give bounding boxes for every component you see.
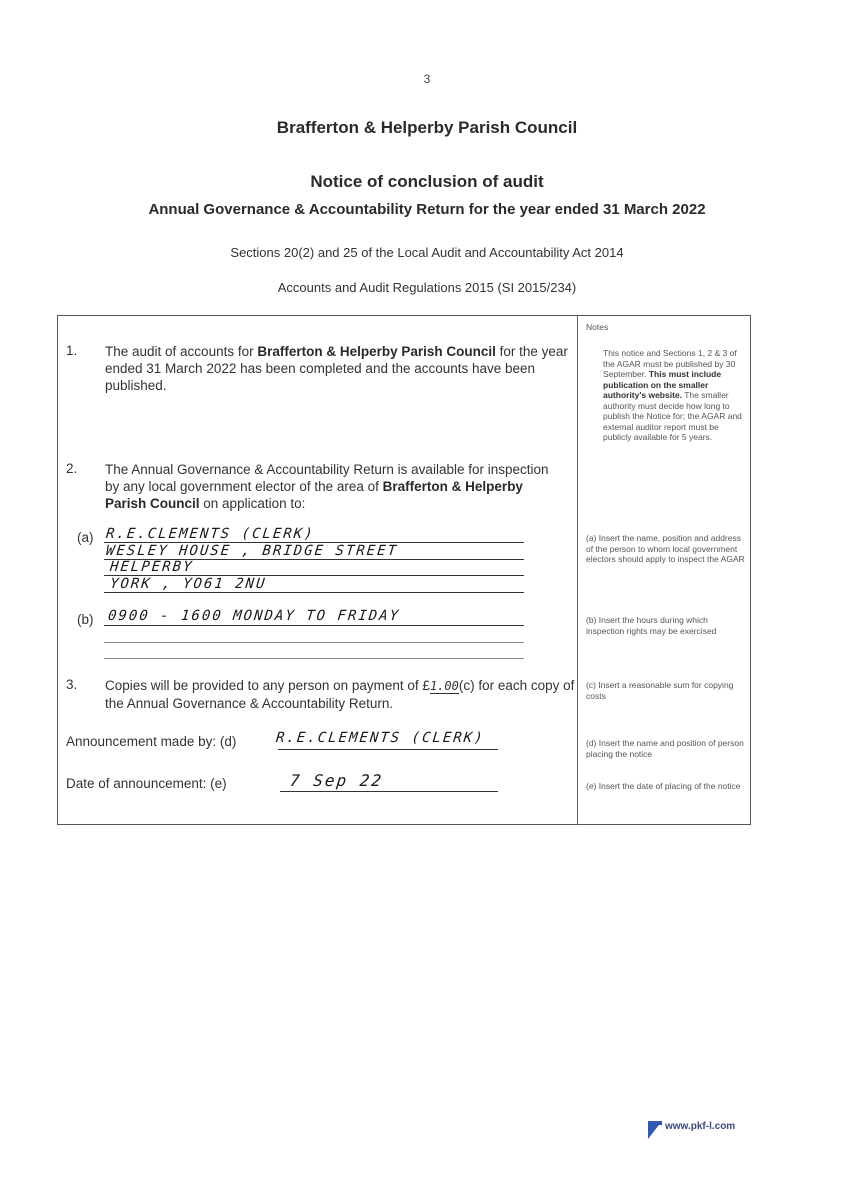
legislation-regulations: Accounts and Audit Regulations 2015 (SI … <box>0 280 854 295</box>
page-number: 3 <box>0 72 854 86</box>
item-3-number: 3. <box>66 677 77 692</box>
note-e: (e) Insert the date of placing of the no… <box>586 781 746 792</box>
announcement-value[interactable]: R.E.CLEMENTS (CLERK) <box>275 730 485 746</box>
note-d: (d) Insert the name and position of pers… <box>586 738 746 759</box>
notes-heading: Notes <box>586 322 608 333</box>
copy-fee-amount[interactable]: 1.00 <box>430 679 459 694</box>
item-1-text-start: The audit of accounts for <box>105 344 257 359</box>
announcement-label: Announcement made by: (d) <box>66 734 236 749</box>
field-b-underline-3[interactable] <box>104 658 524 659</box>
note-c: (c) Insert a reasonable sum for copying … <box>586 680 746 701</box>
date-value[interactable]: 7 Sep 22 <box>289 771 384 790</box>
field-a-label: (a) <box>77 530 94 545</box>
item-3-text-start: Copies will be provided to any person on… <box>105 678 430 693</box>
item-2-number: 2. <box>66 461 77 476</box>
pkf-url[interactable]: www.pkf-l.com <box>665 1121 735 1132</box>
council-title: Brafferton & Helperby Parish Council <box>0 118 854 138</box>
announcement-underline <box>278 749 498 750</box>
item-1-council-name: Brafferton & Helperby Parish Council <box>257 344 496 359</box>
item-1-number: 1. <box>66 343 77 358</box>
date-underline <box>280 791 498 792</box>
field-b-underline-2[interactable] <box>104 642 524 643</box>
field-a-line-2[interactable]: WESLEY HOUSE , BRIDGE STREET <box>105 543 399 559</box>
field-b-underline-1 <box>104 625 524 626</box>
item-2-text: The Annual Governance & Accountability R… <box>105 461 565 512</box>
legislation-sections: Sections 20(2) and 25 of the Local Audit… <box>0 245 854 260</box>
notes-intro: This notice and Sections 1, 2 & 3 of the… <box>603 348 745 443</box>
field-a-line-3[interactable]: HELPERBY <box>109 559 194 575</box>
notes-column-divider <box>577 315 578 825</box>
note-b: (b) Insert the hours during which inspec… <box>586 615 746 636</box>
date-label: Date of announcement: (e) <box>66 776 227 791</box>
note-a: (a) Insert the name, position and addres… <box>586 533 746 565</box>
field-b-label: (b) <box>77 612 94 627</box>
agar-title: Annual Governance & Accountability Retur… <box>0 201 854 218</box>
field-a-line-1[interactable]: R.E.CLEMENTS (CLERK) <box>105 526 315 542</box>
field-a-underline-4 <box>104 592 524 593</box>
field-a-line-4[interactable]: YORK , YO61 2NU <box>109 576 267 592</box>
pkf-footer-link[interactable]: www.pkf-l.com <box>648 1118 748 1142</box>
item-1-text: The audit of accounts for Brafferton & H… <box>105 343 575 394</box>
pkf-logo-icon-wedge <box>648 1121 662 1139</box>
item-3-text: Copies will be provided to any person on… <box>105 677 575 712</box>
field-b-line-1[interactable]: 0900 - 1600 MONDAY TO FRIDAY <box>107 608 401 624</box>
item-2-text-end: on application to: <box>200 496 306 511</box>
notice-title: Notice of conclusion of audit <box>0 172 854 192</box>
